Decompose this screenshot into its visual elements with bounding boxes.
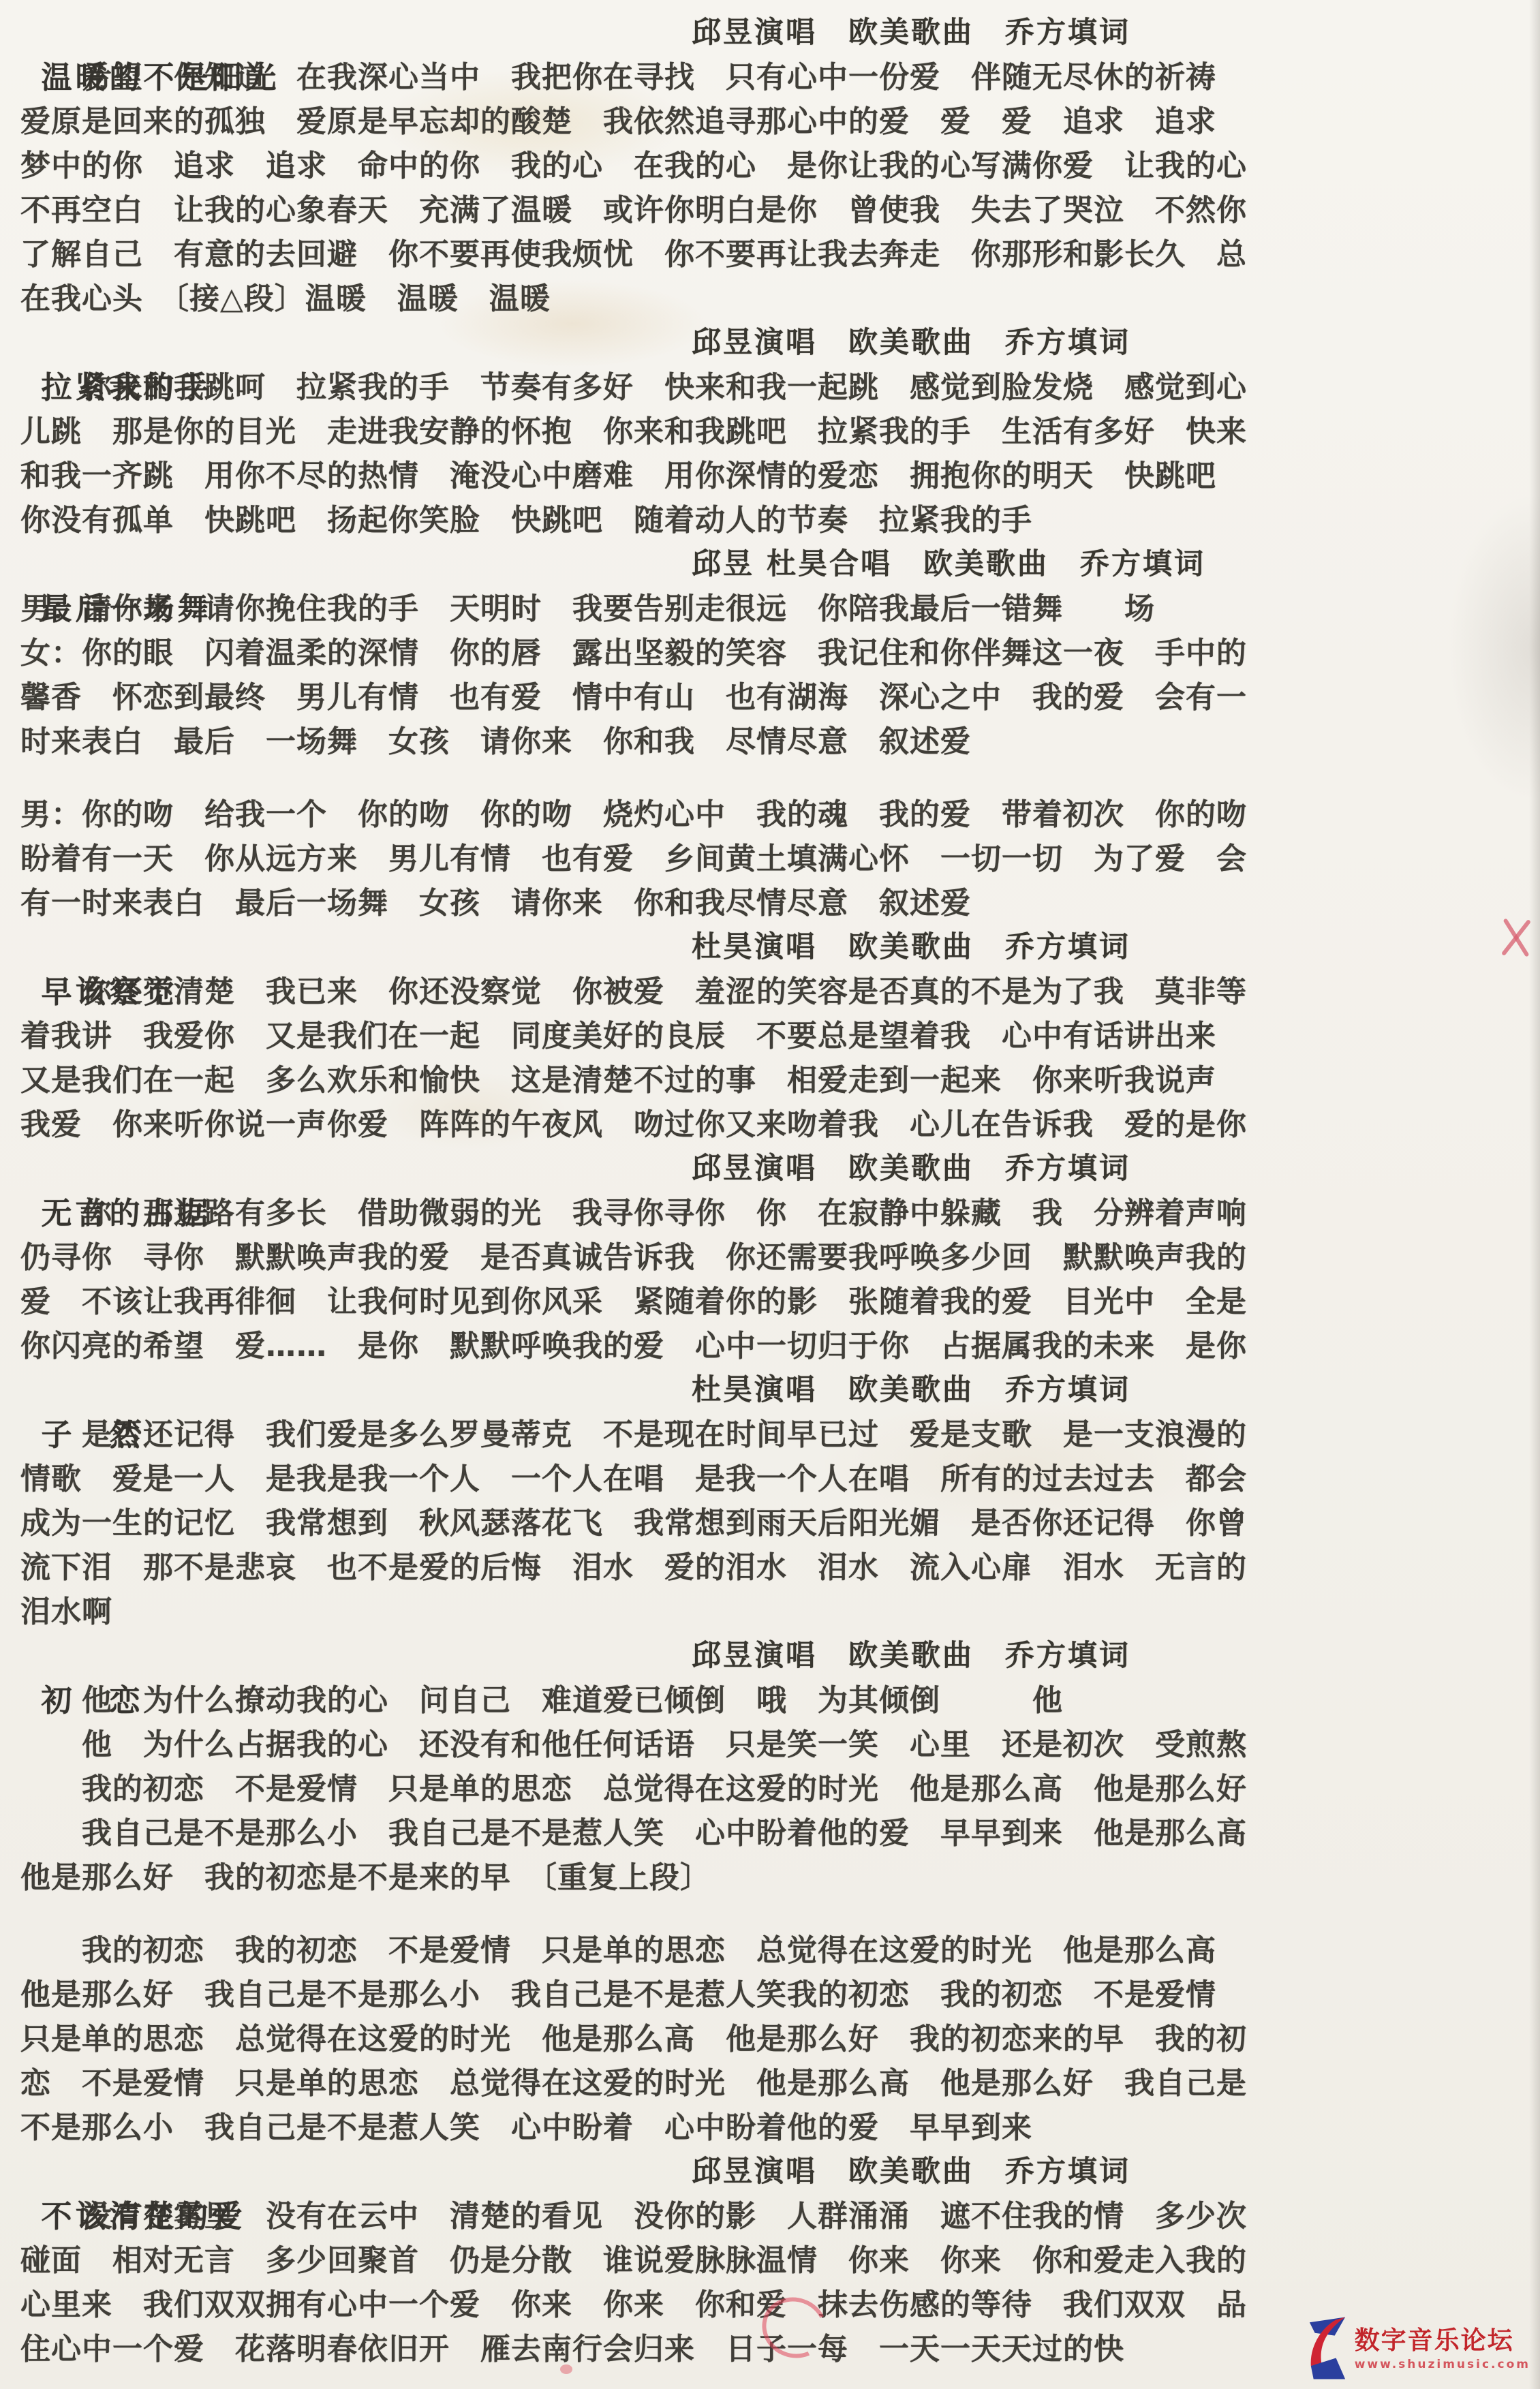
song-title: 早该察觉 bbox=[42, 974, 178, 1010]
watermark-title: 数字音乐论坛 bbox=[1355, 2326, 1514, 2356]
song-title: 拉紧我的手 bbox=[42, 369, 212, 405]
stanza: 你来和我跳呵 拉紧我的手 节奏有多好 快来和我一起跳 感觉到脸发烧 感觉到心儿跳… bbox=[20, 365, 1522, 542]
lyric-line: 我爱 你来听你说一声你爱 阵阵的午夜风 吻过你又来吻着我 心儿在告诉我 爱的是你 bbox=[20, 1103, 1522, 1147]
song-header: 无言的占据 邱昱演唱 欧美歌曲 乔方填词 bbox=[20, 1147, 1522, 1191]
red-pen-mark-icon bbox=[1496, 919, 1535, 957]
lyric-line: 你闪亮的希望 爱…… 是你 默默呼唤我的爱 心中一切归于你 占据属我的未来 是你 bbox=[20, 1324, 1522, 1368]
stanza: 是否还记得 我们爱是多么罗曼蒂克 不是现在时间早已过 爱是支歌 是一支浪漫的情歌… bbox=[20, 1413, 1522, 1634]
song-credits: 邱昱演唱 欧美歌曲 乔方填词 bbox=[692, 2150, 1130, 2194]
lyric-line: 有一时来表白 最后一场舞 女孩 请你来 你和我尽情尽意 叙述爱 bbox=[20, 881, 1522, 925]
lyric-line: 你 那边路有多长 借助微弱的光 我寻你寻你 你 在寂静中躲藏 我 分辨着声响 bbox=[20, 1191, 1522, 1235]
lyric-line: 和我一齐跳 用你不尽的热情 淹没心中磨难 用你深情的爱恋 拥抱你的明天 快跳吧 bbox=[20, 454, 1522, 498]
stanza: 你 那边路有多长 借助微弱的光 我寻你寻你 你 在寂静中躲藏 我 分辨着声响仍寻… bbox=[20, 1191, 1522, 1368]
stanza: 你还不清楚 我已来 你还没察觉 你被爱 羞涩的笑容是否真的不是为了我 莫非等着我… bbox=[20, 970, 1522, 1147]
lyric-line: 他是那么好 我的初恋是不是来的早 〔重复上段〕 bbox=[20, 1855, 1522, 1900]
lyric-line: 时来表白 最后 一场舞 女孩 请你来 你和我 尽情尽意 叙述爱 bbox=[20, 720, 1522, 764]
song-section: 初 恋 邱昱演唱 欧美歌曲 乔方填词 他 为什么撩动我的心 问自己 难道爱已倾倒… bbox=[20, 1634, 1522, 2150]
song-title: 无言的占据 bbox=[42, 1195, 212, 1231]
lyric-line: 爱 不该让我再徘徊 让我何时见到你风采 紧随着你的影 张随着我的爱 目光中 全是 bbox=[20, 1280, 1522, 1324]
watermark-url: www.shuzimusic.com bbox=[1355, 2358, 1530, 2371]
song-credits: 邱昱 杜昊合唱 欧美歌曲 乔方填词 bbox=[692, 542, 1205, 587]
shuzimusic-logo-icon bbox=[1307, 2315, 1348, 2382]
lyrics-sheet: 温暖的不是阳光 邱昱演唱 欧美歌曲 乔方填词 希望 你知道 在我深心当中 我把你… bbox=[0, 0, 1540, 2371]
lyric-line: 你没有孤单 快跳吧 扬起你笑脸 快跳吧 随着动人的节奏 拉紧我的手 bbox=[20, 498, 1522, 542]
song-section: 无言的占据 邱昱演唱 欧美歌曲 乔方填词 你 那边路有多长 借助微弱的光 我寻你… bbox=[20, 1147, 1522, 1368]
song-title: 温暖的不是阳光 bbox=[42, 59, 280, 95]
song-header: 拉紧我的手 邱昱演唱 欧美歌曲 乔方填词 bbox=[20, 321, 1522, 365]
lyric-line: 恋 不是爱情 只是单的思恋 总觉得在这爱的时光 他是那么高 他是那么好 我自己是 bbox=[20, 2061, 1522, 2106]
song-title: 子 然 bbox=[42, 1417, 144, 1453]
lyric-line: 成为一生的记忆 我常想到 秋风瑟落花飞 我常想到雨天后阳光媚 是否你还记得 你曾 bbox=[20, 1501, 1522, 1545]
lyric-line: 男：你的吻 给我一个 你的吻 你的吻 烧灼心中 我的魂 我的爱 带着初次 你的吻 bbox=[20, 792, 1522, 837]
song-section: 最后一场舞 邱昱 杜昊合唱 欧美歌曲 乔方填词 男：请你来 请你挽住我的手 天明… bbox=[20, 542, 1522, 925]
song-lyrics: 男：请你来 请你挽住我的手 天明时 我要告别走很远 你陪我最后一错舞 场女：你的… bbox=[20, 587, 1522, 925]
song-lyrics: 你来和我跳呵 拉紧我的手 节奏有多好 快来和我一起跳 感觉到脸发烧 感觉到心儿跳… bbox=[20, 365, 1522, 542]
song-credits: 邱昱演唱 欧美歌曲 乔方填词 bbox=[692, 1147, 1130, 1191]
song-lyrics: 他 为什么撩动我的心 问自己 难道爱已倾倒 哦 为其倾倒 他 他 为什么占据我的… bbox=[20, 1678, 1522, 2150]
lyric-line: 梦中的你 追求 追求 命中的你 我的心 在我的心 是你让我的心写满你爱 让我的心 bbox=[20, 144, 1522, 188]
lyric-line: 馨香 怀恋到最终 男儿有情 也有爱 情中有山 也有湖海 深心之中 我的爱 会有一 bbox=[20, 675, 1522, 720]
stanza: 我的初恋 我的初恋 不是爱情 只是单的思恋 总觉得在这爱的时光 他是那么高他是那… bbox=[20, 1928, 1522, 2150]
song-credits: 杜昊演唱 欧美歌曲 乔方填词 bbox=[692, 1368, 1130, 1413]
song-credits: 邱昱演唱 欧美歌曲 乔方填词 bbox=[692, 321, 1130, 365]
song-lyrics: 你还不清楚 我已来 你还没察觉 你被爱 羞涩的笑容是否真的不是为了我 莫非等着我… bbox=[20, 970, 1522, 1147]
song-header: 不该清楚的爱 邱昱演唱 欧美歌曲 乔方填词 bbox=[20, 2150, 1522, 2194]
song-header: 子 然 杜昊演唱 欧美歌曲 乔方填词 bbox=[20, 1368, 1522, 1413]
lyric-line: 又是我们在一起 多么欢乐和愉快 这是清楚不过的事 相爱走到一起来 你来听我说声 bbox=[20, 1058, 1522, 1103]
lyric-line: 是否还记得 我们爱是多么罗曼蒂克 不是现在时间早已过 爱是支歌 是一支浪漫的 bbox=[20, 1413, 1522, 1457]
lyric-line: 儿跳 那是你的目光 走进我安静的怀抱 你来和我跳吧 拉紧我的手 生活有多好 快来 bbox=[20, 410, 1522, 454]
lyric-line: 你还不清楚 我已来 你还没察觉 你被爱 羞涩的笑容是否真的不是为了我 莫非等 bbox=[20, 970, 1522, 1014]
lyric-line: 不再空白 让我的心象春天 充满了温暖 或许你明白是你 曾使我 失去了哭泣 不然你 bbox=[20, 188, 1522, 232]
song-section: 温暖的不是阳光 邱昱演唱 欧美歌曲 乔方填词 希望 你知道 在我深心当中 我把你… bbox=[20, 11, 1522, 321]
lyric-line: 着我讲 我爱你 又是我们在一起 同度美好的良辰 不要总是望着我 心中有话讲出来 bbox=[20, 1014, 1522, 1058]
pink-stain-icon bbox=[560, 2364, 572, 2374]
song-lyrics: 是否还记得 我们爱是多么罗曼蒂克 不是现在时间早已过 爱是支歌 是一支浪漫的情歌… bbox=[20, 1413, 1522, 1634]
song-section: 子 然 杜昊演唱 欧美歌曲 乔方填词 是否还记得 我们爱是多么罗曼蒂克 不是现在… bbox=[20, 1368, 1522, 1634]
song-header: 早该察觉 杜昊演唱 欧美歌曲 乔方填词 bbox=[20, 925, 1522, 970]
song-lyrics: 你 那边路有多长 借助微弱的光 我寻你寻你 你 在寂静中躲藏 我 分辨着声响仍寻… bbox=[20, 1191, 1522, 1368]
song-title: 初 恋 bbox=[42, 1682, 144, 1718]
lyric-line: 情歌 爱是一人 是我是我一个人 一个人在唱 是我一个人在唱 所有的过去过去 都会 bbox=[20, 1457, 1522, 1501]
lyric-line: 碰面 相对无言 多少回聚首 仍是分散 谁说爱脉脉温情 你来 你来 你和爱走入我的 bbox=[20, 2238, 1522, 2283]
song-title: 最后一场舞 bbox=[42, 591, 212, 627]
stanza: 男：你的吻 给我一个 你的吻 你的吻 烧灼心中 我的魂 我的爱 带着初次 你的吻… bbox=[20, 792, 1522, 925]
song-credits: 邱昱演唱 欧美歌曲 乔方填词 bbox=[692, 11, 1130, 55]
song-credits: 邱昱演唱 欧美歌曲 乔方填词 bbox=[692, 1634, 1130, 1678]
lyric-line: 他是那么好 我自己是不是那么小 我自己是不是惹人笑我的初恋 我的初恋 不是爱情 bbox=[20, 1973, 1522, 2017]
song-section: 早该察觉 杜昊演唱 欧美歌曲 乔方填词 你还不清楚 我已来 你还没察觉 你被爱 … bbox=[20, 925, 1522, 1147]
lyric-line: 泪水啊 bbox=[20, 1590, 1522, 1634]
song-section: 拉紧我的手 邱昱演唱 欧美歌曲 乔方填词 你来和我跳呵 拉紧我的手 节奏有多好 … bbox=[20, 321, 1522, 542]
lyric-line: 只是单的思恋 总觉得在这爱的时光 他是那么高 他是那么好 我的初恋来的早 我的初 bbox=[20, 2017, 1522, 2061]
song-title: 不该清楚的爱 bbox=[42, 2198, 246, 2234]
lyric-line: 女：你的眼 闪着温柔的深情 你的唇 露出坚毅的笑容 我记住和你伴舞这一夜 手中的 bbox=[20, 631, 1522, 675]
lyric-line: 我的初恋 不是爱情 只是单的思恋 总觉得在这爱的时光 他是那么高 他是那么好 bbox=[20, 1767, 1522, 1811]
lyric-line: 盼着有一天 你从远方来 男儿有情 也有爱 乡间黄土填满心怀 一切一切 为了爱 会 bbox=[20, 837, 1522, 881]
lyric-line: 流下泪 那不是悲哀 也不是爱的后悔 泪水 爱的泪水 泪水 流入心扉 泪水 无言的 bbox=[20, 1545, 1522, 1590]
stanza: 男：请你来 请你挽住我的手 天明时 我要告别走很远 你陪我最后一错舞 场女：你的… bbox=[20, 587, 1522, 764]
lyric-line: 他 为什么撩动我的心 问自己 难道爱已倾倒 哦 为其倾倒 他 bbox=[20, 1678, 1522, 1723]
page-edge-shadow bbox=[1529, 0, 1540, 2389]
lyric-line: 他 为什么占据我的心 还没有和他任何话语 只是笑一笑 心里 还是初次 受煎熬 bbox=[20, 1723, 1522, 1767]
lyric-line: 你来和我跳呵 拉紧我的手 节奏有多好 快来和我一起跳 感觉到脸发烧 感觉到心 bbox=[20, 365, 1522, 410]
lyric-line: 在我心头 〔接△段〕温暖 温暖 温暖 bbox=[20, 277, 1522, 321]
song-credits: 杜昊演唱 欧美歌曲 乔方填词 bbox=[692, 925, 1130, 970]
lyric-line: 我自己是不是那么小 我自己是不是惹人笑 心中盼着他的爱 早早到来 他是那么高 bbox=[20, 1811, 1522, 1855]
lyric-line: 不是那么小 我自己是不是惹人笑 心中盼着 心中盼着他的爱 早早到来 bbox=[20, 2106, 1522, 2150]
song-header: 最后一场舞 邱昱 杜昊合唱 欧美歌曲 乔方填词 bbox=[20, 542, 1522, 587]
song-header: 温暖的不是阳光 邱昱演唱 欧美歌曲 乔方填词 bbox=[20, 11, 1522, 55]
lyric-line: 了解自己 有意的去回避 你不要再使我烦忧 你不要再让我去奔走 你那形和影长久 总 bbox=[20, 232, 1522, 277]
lyric-line: 爱原是回来的孤独 爱原是早忘却的酸楚 我依然追寻那心中的爱 爱 爱 追求 追求 bbox=[20, 99, 1522, 144]
lyric-line: 男：请你来 请你挽住我的手 天明时 我要告别走很远 你陪我最后一错舞 场 bbox=[20, 587, 1522, 631]
song-header: 初 恋 邱昱演唱 欧美歌曲 乔方填词 bbox=[20, 1634, 1522, 1678]
lyric-line: 我的初恋 我的初恋 不是爱情 只是单的思恋 总觉得在这爱的时光 他是那么高 bbox=[20, 1928, 1522, 1973]
watermark-text: 数字音乐论坛 www.shuzimusic.com bbox=[1355, 2326, 1530, 2372]
stanza: 他 为什么撩动我的心 问自己 难道爱已倾倒 哦 为其倾倒 他 他 为什么占据我的… bbox=[20, 1678, 1522, 1900]
lyric-line: 仍寻你 寻你 默默唤声我的爱 是否真诚告诉我 你还需要我呼唤多少回 默默唤声我的 bbox=[20, 1235, 1522, 1280]
watermark: 数字音乐论坛 www.shuzimusic.com bbox=[1307, 2315, 1530, 2382]
